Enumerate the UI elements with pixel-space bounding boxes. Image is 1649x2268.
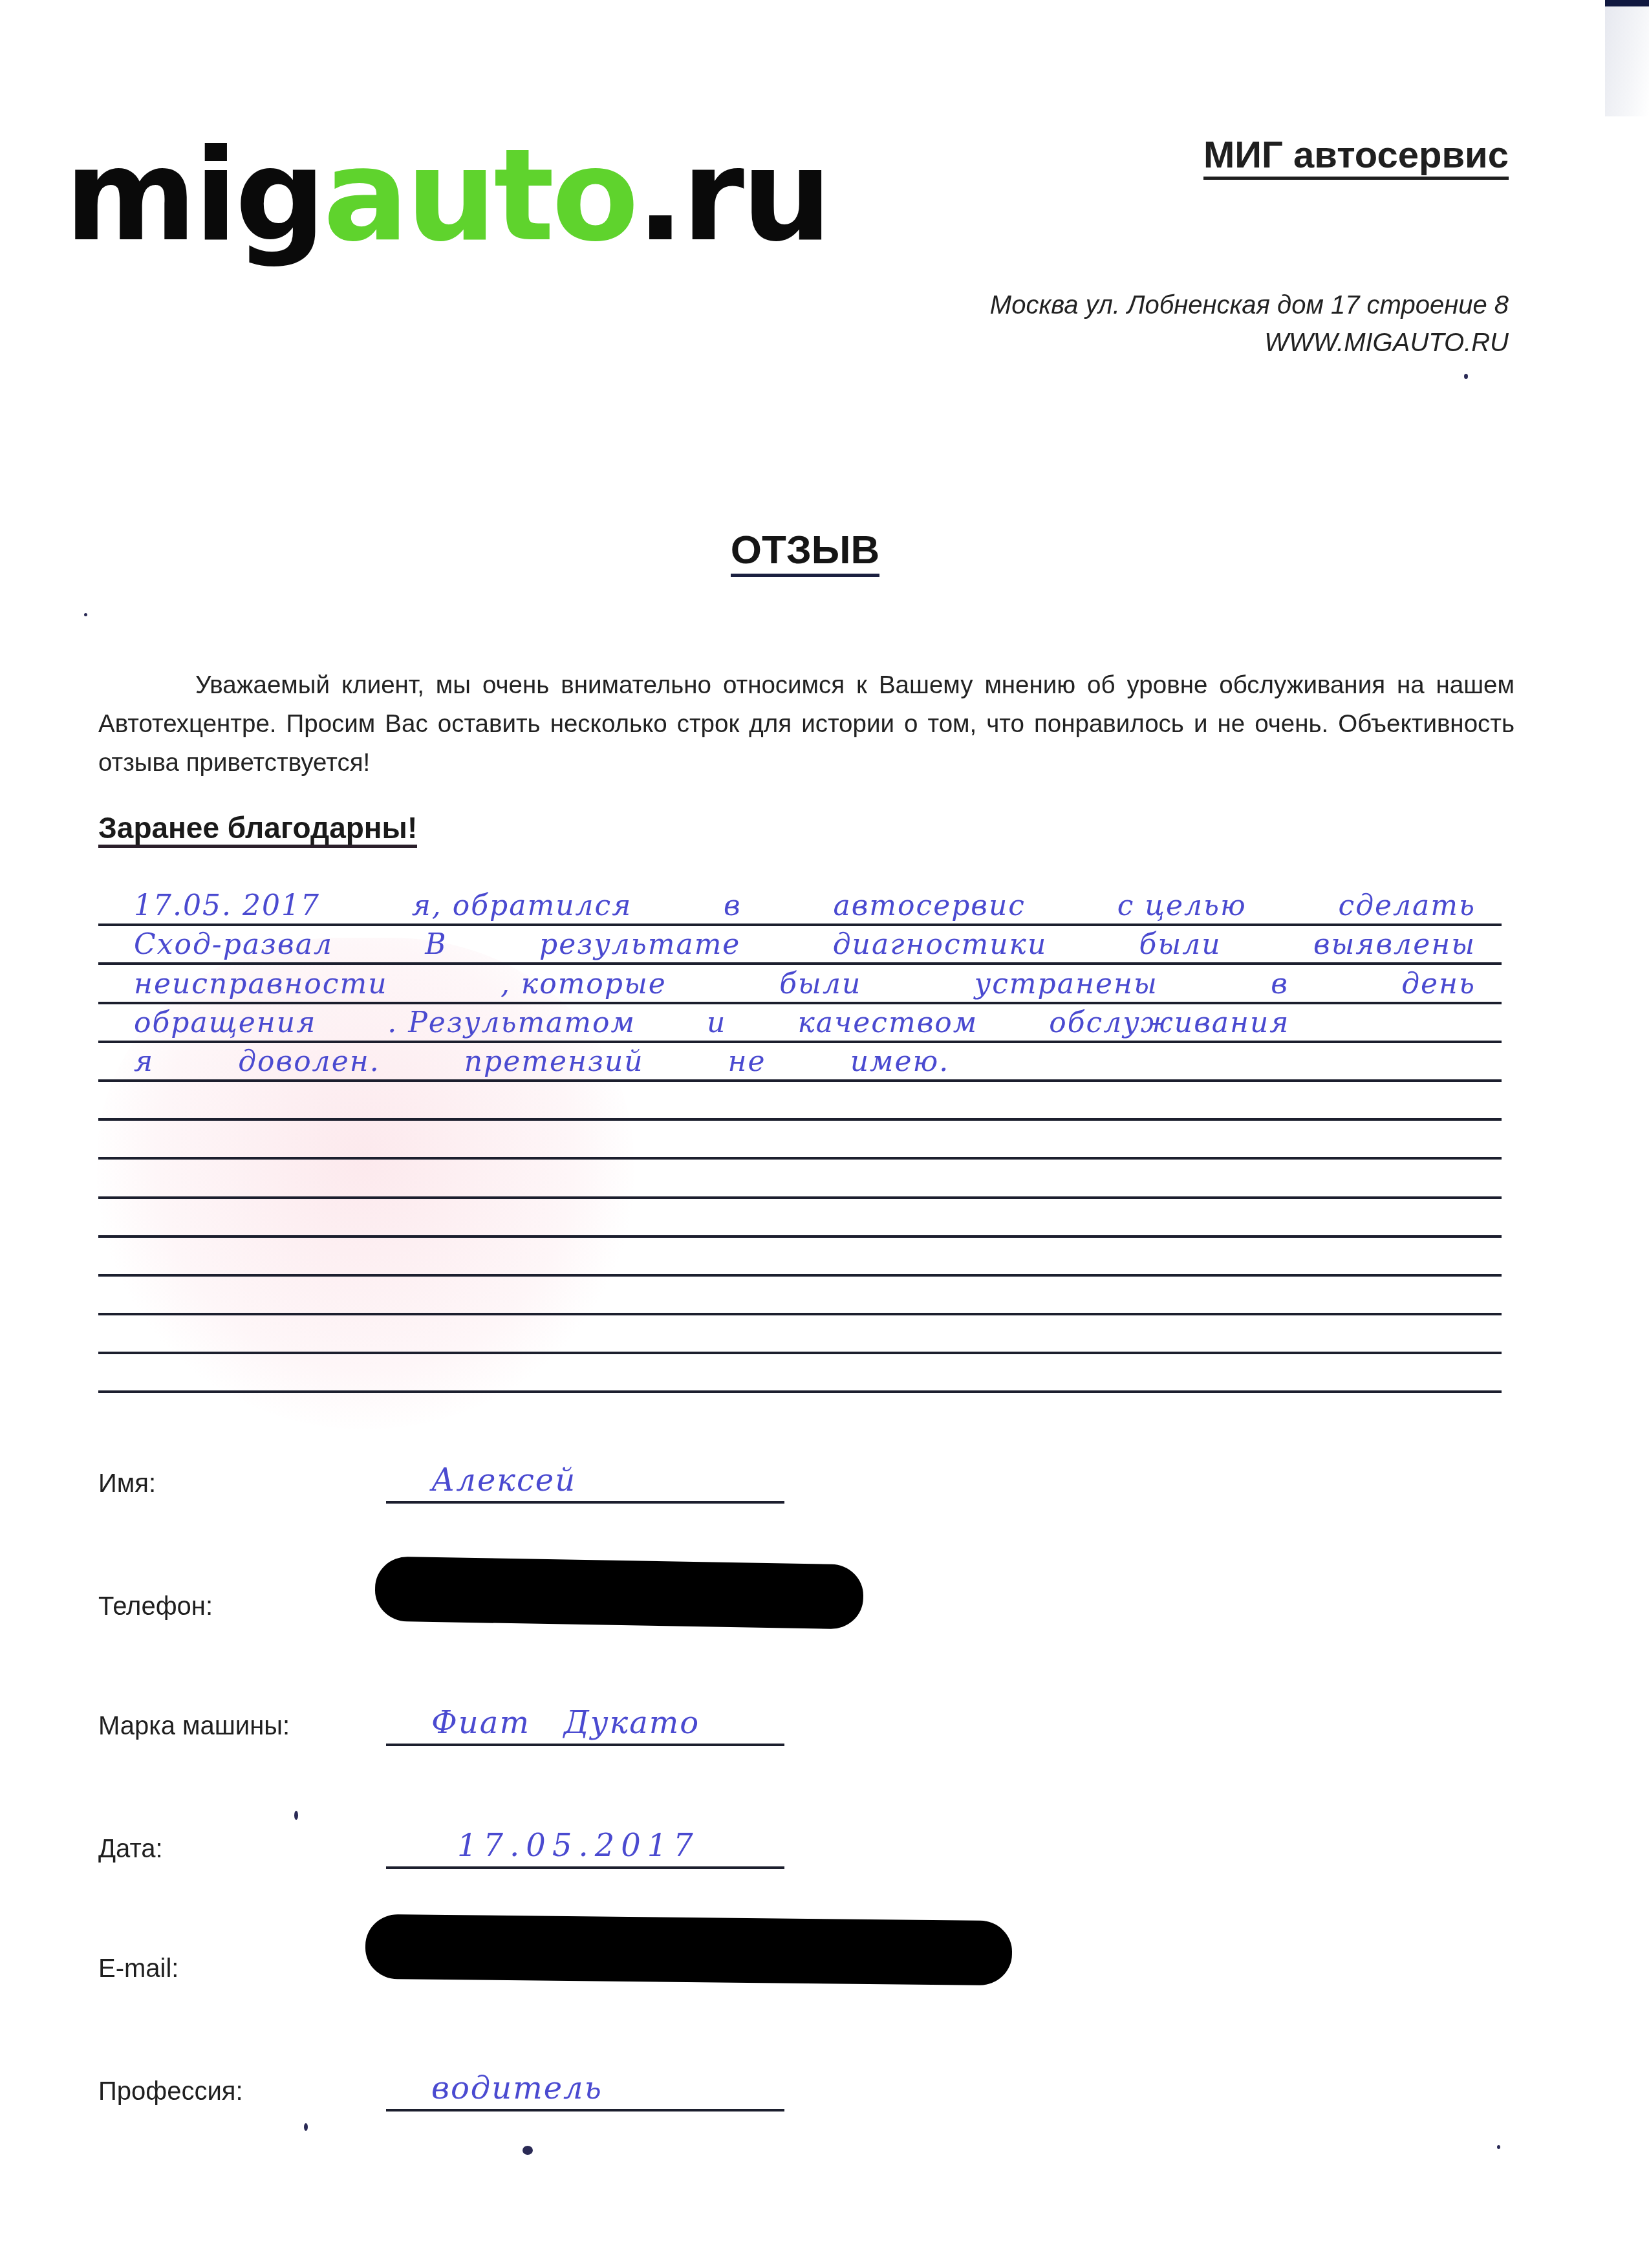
scan-speck: [294, 1811, 298, 1820]
handwritten-word: выявлены: [1313, 928, 1476, 961]
logo-part-mig: mig: [65, 122, 323, 270]
form-underline: [386, 1866, 784, 1869]
review-line[interactable]: [98, 1160, 1502, 1198]
form-label: Марка машины:: [98, 1712, 290, 1741]
form-label: Профессия:: [98, 2077, 243, 2106]
review-line[interactable]: [98, 1354, 1502, 1393]
handwritten-word: в: [724, 889, 742, 922]
review-line[interactable]: Сход-развалВрезультатедиагностикибыливыя…: [98, 926, 1502, 965]
handwritten-word: претензий: [464, 1045, 644, 1078]
scan-speck: [304, 2123, 308, 2131]
form-value-input[interactable]: Фиат Дукато: [386, 1705, 784, 1741]
logo-part-domain: .ru: [636, 122, 830, 270]
form-row: Дата:17.05.2017: [98, 1811, 810, 1869]
scan-speck: [523, 2146, 533, 2155]
logo-part-auto: auto: [323, 122, 636, 270]
scan-speck: [1497, 2145, 1500, 2149]
handwritten-word: в: [1271, 967, 1289, 1000]
scanner-edge-shadow: [1605, 0, 1649, 116]
handwritten-word: неисправности: [134, 967, 388, 1000]
handwritten-word: я, обратился: [412, 889, 632, 922]
form-label: Дата:: [98, 1835, 163, 1864]
handwritten-word: диагностики: [833, 928, 1047, 961]
form-underline: [386, 1744, 784, 1746]
handwritten-word: автосервис: [833, 889, 1026, 922]
handwritten-word: . Результатом: [387, 1006, 636, 1039]
document-title: ОТЗЫВ: [731, 528, 879, 577]
form-row: Имя:Алексей: [98, 1445, 810, 1504]
handwritten-word: и: [707, 1006, 726, 1039]
handwritten-word: я: [134, 1045, 154, 1078]
handwritten-word: с целью: [1117, 889, 1247, 922]
company-name: МИГ автосервис: [1203, 136, 1509, 180]
review-line[interactable]: [98, 1315, 1502, 1354]
form-row: Профессия:водитель: [98, 2053, 810, 2111]
handwritten-word: 17.05. 2017: [134, 889, 320, 922]
form-row: Телефон:: [98, 1568, 810, 1626]
handwritten-text: 17.05. 2017я, обратилсявавтосервисс цель…: [98, 889, 1502, 922]
handwritten-word: день: [1401, 967, 1476, 1000]
handwritten-word: результате: [539, 928, 740, 961]
review-text-area[interactable]: 17.05. 2017я, обратилсявавтосервисс цель…: [98, 887, 1502, 1393]
review-line[interactable]: 17.05. 2017я, обратилсявавтосервисс цель…: [98, 887, 1502, 926]
scan-speck: [84, 613, 87, 616]
review-line[interactable]: [98, 1082, 1502, 1121]
redacted-value: [365, 1914, 1013, 1985]
handwritten-word: были: [779, 967, 861, 1000]
handwritten-word: устранены: [975, 967, 1158, 1000]
thanks-heading: Заранее благодарны!: [98, 812, 417, 848]
form-value-input[interactable]: 17.05.2017: [386, 1828, 784, 1864]
review-line[interactable]: обращения. Результатомикачествомобслужив…: [98, 1004, 1502, 1043]
review-line[interactable]: ядоволен.претензийнеимею.: [98, 1043, 1502, 1082]
handwritten-word: не: [728, 1045, 766, 1078]
review-line[interactable]: [98, 1121, 1502, 1160]
handwritten-word: имею.: [850, 1045, 950, 1078]
review-line[interactable]: [98, 1199, 1502, 1238]
review-line[interactable]: неисправности, которыебылиустраненывдень: [98, 965, 1502, 1004]
company-address: Москва ул. Лобненская дом 17 строение 8: [990, 291, 1509, 320]
handwritten-text: обращения. Результатомикачествомобслужив…: [98, 1006, 1502, 1039]
intro-paragraph: Уважаемый клиент, мы очень внимательно о…: [98, 666, 1514, 783]
company-website: WWW.MIGAUTO.RU: [1264, 329, 1509, 358]
handwritten-word: качеством: [797, 1006, 978, 1039]
form-row: Марка машины:Фиат Дукато: [98, 1688, 810, 1746]
handwritten-word: обслуживания: [1049, 1006, 1289, 1039]
form-label: Имя:: [98, 1469, 156, 1498]
document-title-wrap: ОТЗЫВ: [0, 527, 1610, 573]
handwritten-word: были: [1139, 928, 1222, 961]
form-value-input[interactable]: Алексей: [386, 1462, 784, 1498]
redacted-value: [374, 1556, 864, 1629]
handwritten-word: обращения: [134, 1006, 316, 1039]
handwritten-word: Сход-развал: [134, 928, 333, 961]
handwritten-text: неисправности, которыебылиустраненывдень: [98, 967, 1502, 1000]
form-row: E-mail:: [98, 1930, 810, 1989]
handwritten-word: , которые: [501, 967, 667, 1000]
handwritten-text: ядоволен.претензийнеимею.: [98, 1045, 1502, 1078]
form-underline: [386, 2109, 784, 2111]
form-label: E-mail:: [98, 1954, 178, 1983]
scanner-edge-mark: [1605, 0, 1649, 6]
brand-logo: migauto.ru: [65, 133, 830, 259]
review-line[interactable]: [98, 1238, 1502, 1277]
form-underline: [386, 1501, 784, 1504]
form-value-input[interactable]: водитель: [386, 2070, 784, 2106]
handwritten-word: сделать: [1338, 889, 1476, 922]
handwritten-text: Сход-развалВрезультатедиагностикибыливыя…: [98, 928, 1502, 961]
form-label: Телефон:: [98, 1592, 213, 1621]
scan-speck: [1464, 374, 1468, 379]
handwritten-word: В: [425, 928, 447, 961]
review-line[interactable]: [98, 1277, 1502, 1315]
handwritten-word: доволен.: [238, 1045, 380, 1078]
